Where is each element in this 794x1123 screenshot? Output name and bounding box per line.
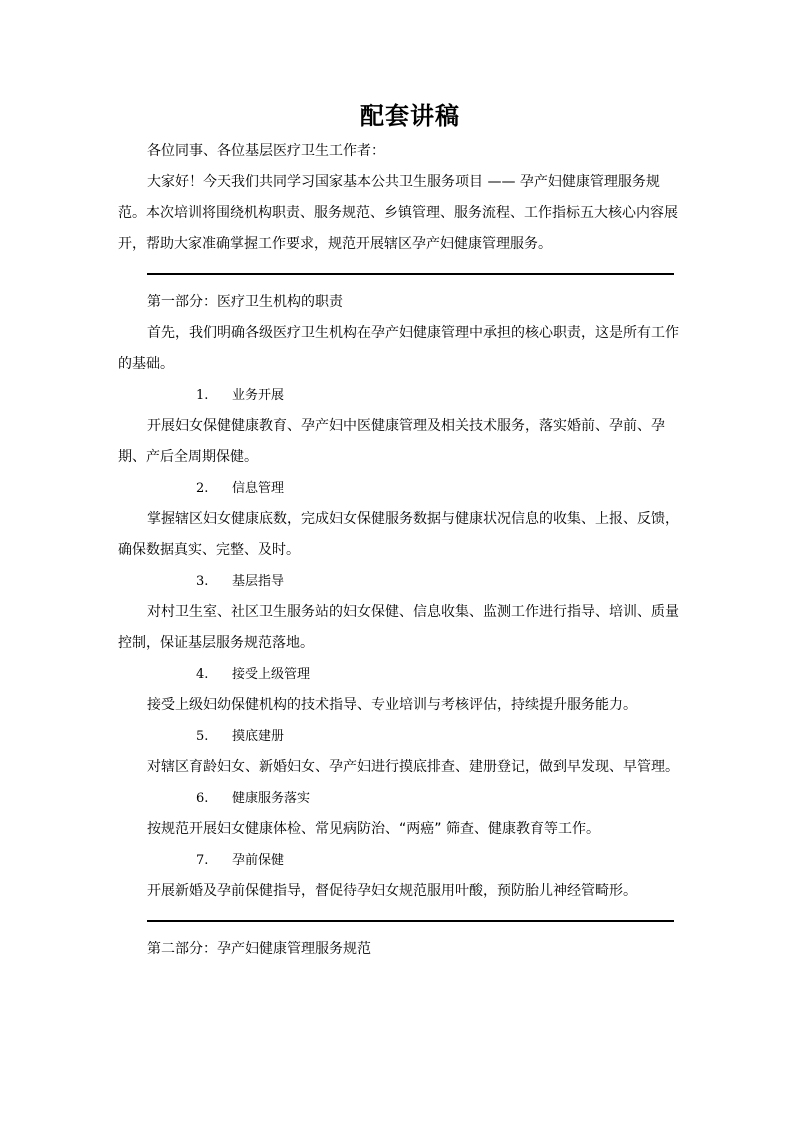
item-heading: 7. 孕前保健	[118, 845, 684, 876]
item-body: 按规范开展妇女健康体检、常见病防治、“两癌” 筛查、健康教育等工作。	[118, 814, 684, 845]
item-body: 掌握辖区妇女健康底数，完成妇女保健服务数据与健康状况信息的收集、上报、反馈，确保…	[118, 504, 684, 566]
item-body: 开展妇女保健健康教育、孕产妇中医健康管理及相关技术服务，落实婚前、孕前、孕期、产…	[118, 411, 684, 473]
item-heading: 5. 摸底建册	[118, 721, 684, 752]
part1-intro: 首先，我们明确各级医疗卫生机构在孕产妇健康管理中承担的核心职责，这是所有工作的基…	[118, 318, 684, 380]
item-title: 摸底建册	[232, 721, 284, 752]
item-number: 6.	[196, 783, 232, 814]
greeting: 各位同事、各位基层医疗卫生工作者：	[118, 136, 684, 167]
item-number: 3.	[196, 566, 232, 597]
item-title: 基层指导	[232, 566, 284, 597]
item-heading: 4. 接受上级管理	[118, 659, 684, 690]
horizontal-rule	[147, 273, 674, 275]
item-number: 1.	[196, 380, 232, 411]
part2-title: 第二部分：孕产妇健康管理服务规范	[118, 934, 684, 965]
item-body: 对辖区育龄妇女、新婚妇女、孕产妇进行摸底排查、建册登记，做到早发现、早管理。	[118, 752, 684, 783]
part1-title: 第一部分：医疗卫生机构的职责	[118, 287, 684, 318]
item-number: 4.	[196, 659, 232, 690]
item-number: 2.	[196, 473, 232, 504]
item-heading: 6. 健康服务落实	[118, 783, 684, 814]
item-heading: 3. 基层指导	[118, 566, 684, 597]
item-body: 对村卫生室、社区卫生服务站的妇女保健、信息收集、监测工作进行指导、培训、质量控制…	[118, 597, 684, 659]
item-heading: 1. 业务开展	[118, 380, 684, 411]
document-title: 配套讲稿	[118, 96, 684, 136]
document-page: 配套讲稿 各位同事、各位基层医疗卫生工作者： 大家好！今天我们共同学习国家基本公…	[118, 96, 684, 965]
item-title: 接受上级管理	[232, 659, 310, 690]
item-title: 信息管理	[232, 473, 284, 504]
horizontal-rule	[147, 920, 674, 922]
intro-paragraph: 大家好！今天我们共同学习国家基本公共卫生服务项目 —— 孕产妇健康管理服务规范。…	[118, 167, 684, 260]
item-heading: 2. 信息管理	[118, 473, 684, 504]
item-title: 健康服务落实	[232, 783, 310, 814]
item-body: 开展新婚及孕前保健指导，督促待孕妇女规范服用叶酸，预防胎儿神经管畸形。	[118, 876, 684, 907]
item-title: 孕前保健	[232, 845, 284, 876]
item-number: 7.	[196, 845, 232, 876]
item-number: 5.	[196, 721, 232, 752]
item-title: 业务开展	[232, 380, 284, 411]
item-body: 接受上级妇幼保健机构的技术指导、专业培训与考核评估，持续提升服务能力。	[118, 690, 684, 721]
